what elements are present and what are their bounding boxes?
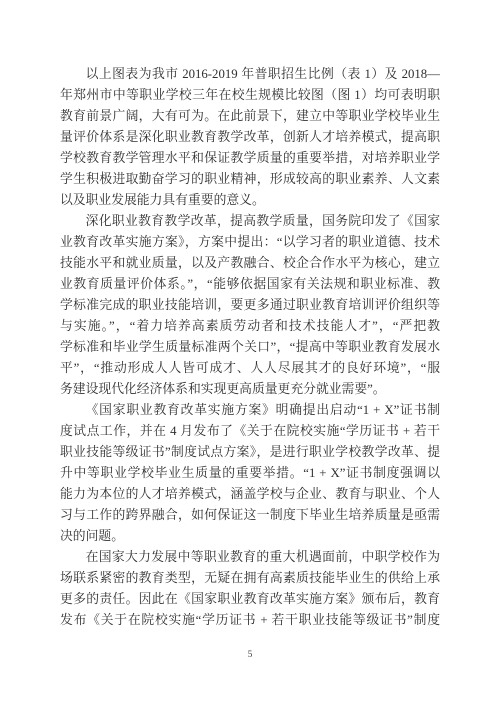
paragraph: 《国家职业教育改革实施方案》明确提出启动“1 + X”证书制度试点工作，并在 4… bbox=[60, 400, 440, 547]
text-line: 职业技能等级证书”制度试点方案》，是进行职业学校教学改革、提 bbox=[60, 442, 440, 463]
text-line: 发布《关于在院校实施“学历证书 + 若干职业技能等级证书”制度 bbox=[60, 610, 440, 631]
text-line: 决的问题。 bbox=[60, 526, 440, 547]
text-line: 学生积极进取勤奋学习的职业精神，形成较高的职业素养、人文素养 bbox=[60, 169, 440, 190]
text-line: 度试点工作，并在 4 月发布了《关于在院校实施“学历证书 + 若干 bbox=[60, 421, 440, 442]
paragraph: 以上图表为我市 2016-2019 年普职招生比例（表 1）及 2018—202… bbox=[60, 64, 440, 211]
text-line: 平”，“推动形成人人皆可成才、人人尽展其才的良好环境”，“服 bbox=[60, 358, 440, 379]
text-line: 与实施。”，“着力培养高素质劳动者和技术技能人才”，“严把教 bbox=[60, 316, 440, 337]
text-line: 深化职业教育教学改革，提高教学质量，国务院印发了《国家职 bbox=[60, 211, 440, 232]
text-line: 更多的责任。因此在《国家职业教育改革实施方案》颁布后，教育部 bbox=[60, 589, 440, 610]
document-page: 以上图表为我市 2016-2019 年普职招生比例（表 1）及 2018—202… bbox=[0, 0, 500, 707]
paragraph: 在国家大力发展中等职业教育的重大机遇面前，中职学校作为市场联系紧密的教育类型，无… bbox=[60, 547, 440, 631]
text-line: 场联系紧密的教育类型，无疑在拥有高素质技能毕业生的供给上承担 bbox=[60, 568, 440, 589]
text-line: 能力为本位的人才培养模式，涵盖学校与企业、教育与职业、个人学 bbox=[60, 484, 440, 505]
text-line: 年郑州市中等职业学校三年在校生规模比较图（图 1）均可表明职业 bbox=[60, 85, 440, 106]
text-line: 在国家大力发展中等职业教育的重大机遇面前，中职学校作为市 bbox=[60, 547, 440, 568]
text-line: 习与工作的跨界融合，如何保证这一制度下毕业生培养质量是亟需解 bbox=[60, 505, 440, 526]
text-line: 升中等职业学校毕业生质量的重要举措。“1 + X”证书制度强调以 bbox=[60, 463, 440, 484]
paragraph: 深化职业教育教学改革，提高教学质量，国务院印发了《国家职业教育改革实施方案》，方… bbox=[60, 211, 440, 400]
text-line: 业教育改革实施方案》，方案中提出：“以学习者的职业道德、技术 bbox=[60, 232, 440, 253]
text-line: 学校教育教学管理水平和保证教学质量的重要举措，对培养职业学校 bbox=[60, 148, 440, 169]
text-line: 教育前景广阔，大有可为。在此前景下，建立中等职业学校毕业生质 bbox=[60, 106, 440, 127]
document-body: 以上图表为我市 2016-2019 年普职招生比例（表 1）及 2018—202… bbox=[60, 64, 440, 631]
text-line: 业教育质量评价体系。”，“能够依据国家有关法规和职业标准、教 bbox=[60, 274, 440, 295]
text-line: 《国家职业教育改革实施方案》明确提出启动“1 + X”证书制 bbox=[60, 400, 440, 421]
text-line: 量评价体系是深化职业教育教学改革，创新人才培养模式，提高职业 bbox=[60, 127, 440, 148]
text-line: 务建设现代化经济体系和实现更高质量更充分就业需要”。 bbox=[60, 379, 440, 400]
page-number: 5 bbox=[60, 650, 440, 660]
text-line: 学标准和毕业学生质量标准两个关口”，“提高中等职业教育发展水 bbox=[60, 337, 440, 358]
text-line: 学标准完成的职业技能培训，要更多通过职业教育培训评价组织等参 bbox=[60, 295, 440, 316]
text-line: 以上图表为我市 2016-2019 年普职招生比例（表 1）及 2018—202… bbox=[60, 64, 440, 85]
text-line: 技能水平和就业质量，以及产教融合、校企合作水平为核心，建立职 bbox=[60, 253, 440, 274]
text-line: 以及职业发展能力具有重要的意义。 bbox=[60, 190, 440, 211]
